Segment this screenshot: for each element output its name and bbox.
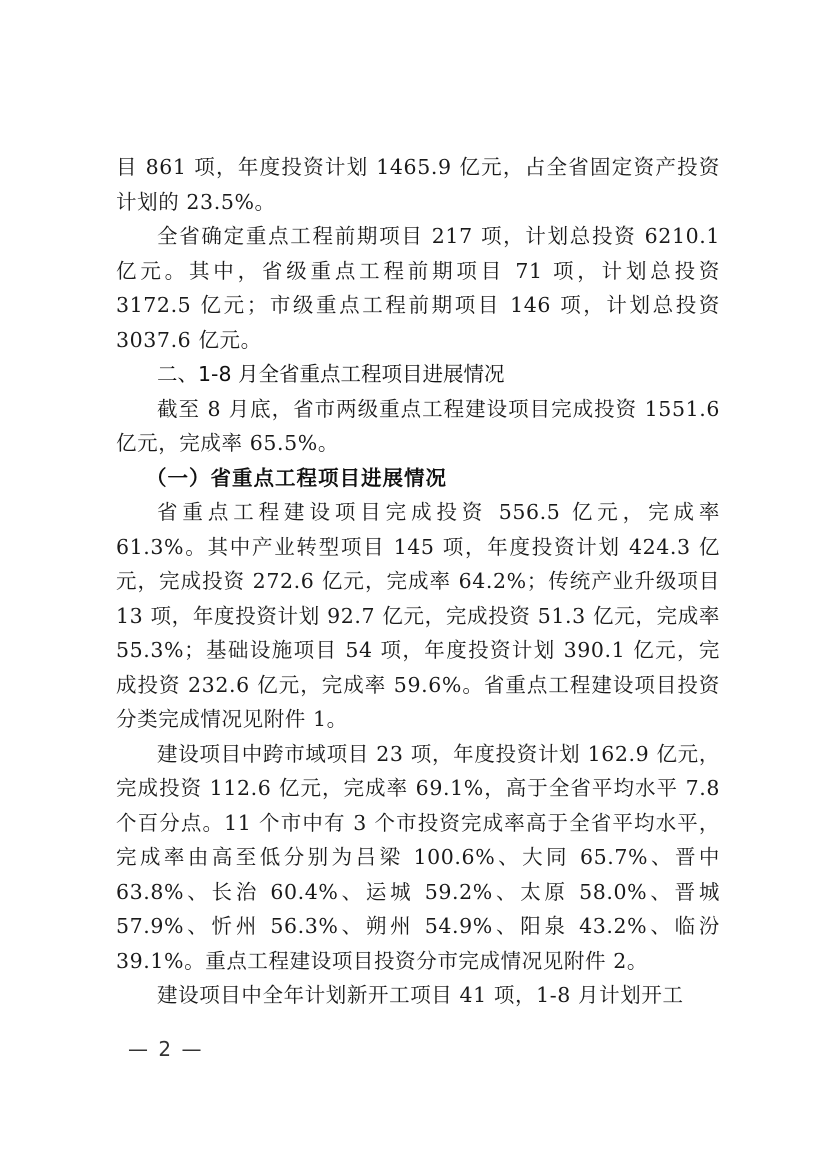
page-number: — 2 —: [128, 1037, 203, 1061]
paragraph-cross-city-projects: 建设项目中跨市域项目 23 项，年度投资计划 162.9 亿元，完成投资 112…: [116, 737, 720, 979]
paragraph-august-summary: 截至 8 月底，省市两级重点工程建设项目完成投资 1551.6 亿元，完成率 6…: [116, 392, 720, 461]
subsection-heading-provincial: （一）省重点工程项目进展情况: [116, 461, 720, 496]
paragraph-preliminary-projects: 全省确定重点工程前期项目 217 项，计划总投资 6210.1 亿元。其中，省级…: [116, 219, 720, 357]
section-heading-progress: 二、1-8 月全省重点工程项目进展情况: [116, 357, 720, 392]
paragraph-new-projects: 建设项目中全年计划新开工项目 41 项，1-8 月计划开工: [116, 978, 720, 1013]
document-page: 目 861 项，年度投资计划 1465.9 亿元，占全省固定资产投资计划的 23…: [116, 150, 720, 1013]
paragraph-investment-plan: 目 861 项，年度投资计划 1465.9 亿元，占全省固定资产投资计划的 23…: [116, 150, 720, 219]
paragraph-provincial-progress: 省重点工程建设项目完成投资 556.5 亿元，完成率 61.3%。其中产业转型项…: [116, 495, 720, 737]
